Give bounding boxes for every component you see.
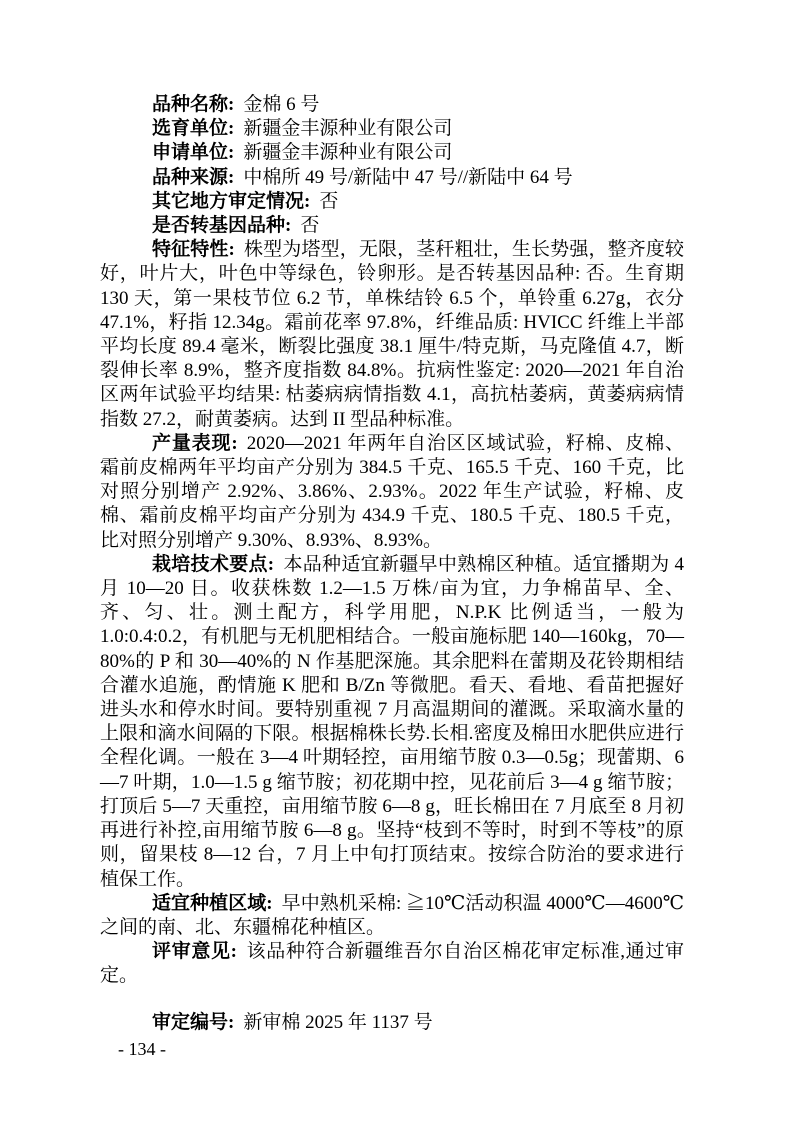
section-review-opinion: 评审意见:该品种符合新疆维吾尔自治区棉花审定标准,通过审定。 <box>100 940 684 988</box>
field-breeding-unit: 选育单位:新疆金丰源种业有限公司 <box>100 117 684 141</box>
field-variety-name-value: 金棉 6 号 <box>243 94 319 115</box>
field-applicant-unit-label: 申请单位: <box>152 142 234 163</box>
page-number: - 134 - <box>118 1037 166 1061</box>
section-suitable-region: 适宜种植区域:早中熟机采棉: ≧10℃活动积温 4000℃—4600℃之间的南、… <box>100 892 684 940</box>
field-breeding-unit-value: 新疆金丰源种业有限公司 <box>243 118 452 139</box>
approval-number-label: 审定编号: <box>152 1012 234 1033</box>
field-other-region-approval-value: 否 <box>319 191 338 212</box>
section-cultivation-techniques-text: 本品种适宜新疆早中熟棉区种植。适宜播期为 4 月 10—20 日。收获株数 1.… <box>100 554 684 890</box>
field-transgenic-label: 是否转基因品种: <box>152 215 291 236</box>
field-other-region-approval: 其它地方审定情况:否 <box>100 190 684 214</box>
section-cultivation-techniques: 栽培技术要点:本品种适宜新疆早中熟棉区种植。适宜播期为 4 月 10—20 日。… <box>100 553 684 892</box>
section-yield-performance: 产量表现:2020—2021 年两年自治区区域试验，籽棉、皮棉、霜前皮棉两年平均… <box>100 432 684 553</box>
field-transgenic-value: 否 <box>300 215 319 236</box>
approval-number-value: 新审棉 2025 年 1137 号 <box>243 1012 432 1033</box>
section-characteristics-text: 株型为塔型，无限，茎秆粗壮，生长势强，整齐度较好，叶片大，叶色中等绿色，铃卵形。… <box>100 239 684 429</box>
section-review-opinion-label: 评审意见: <box>152 941 237 962</box>
section-yield-performance-label: 产量表现: <box>152 433 238 454</box>
field-other-region-approval-label: 其它地方审定情况: <box>152 191 310 212</box>
section-characteristics: 特征特性:株型为塔型，无限，茎秆粗壮，生长势强，整齐度较好，叶片大，叶色中等绿色… <box>100 238 684 432</box>
document-page: 品种名称:金棉 6 号 选育单位:新疆金丰源种业有限公司 申请单位:新疆金丰源种… <box>0 0 793 1122</box>
field-transgenic: 是否转基因品种:否 <box>100 214 684 238</box>
field-applicant-unit: 申请单位:新疆金丰源种业有限公司 <box>100 141 684 165</box>
field-variety-source-label: 品种来源: <box>152 167 234 188</box>
approval-number-line: 审定编号:新审棉 2025 年 1137 号 <box>100 1011 684 1035</box>
section-characteristics-label: 特征特性: <box>152 239 235 260</box>
field-variety-name-label: 品种名称: <box>152 94 234 115</box>
field-variety-source: 品种来源:中棉所 49 号/新陆中 47 号//新陆中 64 号 <box>100 166 684 190</box>
field-breeding-unit-label: 选育单位: <box>152 118 234 139</box>
field-applicant-unit-value: 新疆金丰源种业有限公司 <box>243 142 452 163</box>
section-suitable-region-label: 适宜种植区域: <box>152 893 273 914</box>
field-variety-name: 品种名称:金棉 6 号 <box>100 93 684 117</box>
field-variety-source-value: 中棉所 49 号/新陆中 47 号//新陆中 64 号 <box>243 167 572 188</box>
section-cultivation-techniques-label: 栽培技术要点: <box>152 554 274 575</box>
document-body: 品种名称:金棉 6 号 选育单位:新疆金丰源种业有限公司 申请单位:新疆金丰源种… <box>100 93 684 1035</box>
